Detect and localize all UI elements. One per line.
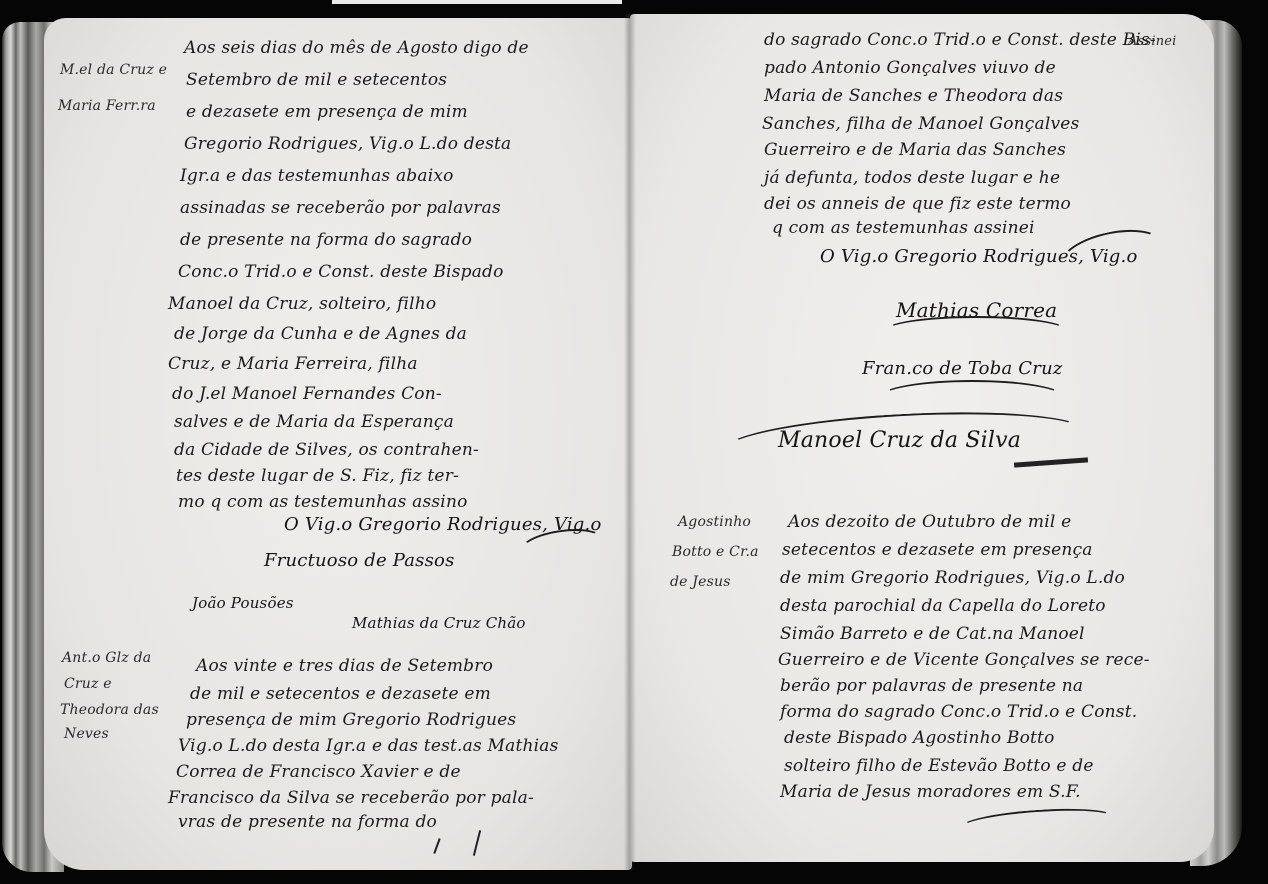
text-line: de mim Gregorio Rodrigues, Vig.o L.do: [780, 568, 1125, 588]
text-line: do J.el Manoel Fernandes Con-: [172, 384, 442, 404]
text-line: Aos seis dias do mês de Agosto digo de: [184, 38, 529, 58]
text-line: pado Antonio Gonçalves viuvo de: [764, 58, 1056, 78]
signature: Fructuoso de Passos: [264, 550, 455, 571]
text-line: berão por palavras de presente na: [780, 676, 1083, 696]
text-line: Guerreiro e de Vicente Gonçalves se rece…: [778, 650, 1150, 670]
text-line: Conc.o Trid.o e Const. deste Bispado: [178, 262, 504, 282]
margin-note: Maria Ferr.ra: [58, 98, 156, 114]
margin-note: Ant.o Glz da: [62, 650, 151, 666]
margin-note: Cruz e: [64, 676, 112, 692]
text-line: assinadas se receberão por palavras: [180, 198, 501, 218]
text-line: forma do sagrado Conc.o Trid.o e Const.: [780, 702, 1137, 722]
margin-note: Neves: [64, 726, 109, 742]
text-line: mo q com as testemunhas assino: [178, 492, 468, 512]
text-line: de presente na forma do sagrado: [180, 230, 472, 250]
text-line: dei os anneis de que fiz este termo: [764, 194, 1071, 214]
text-line: Simão Barreto e de Cat.na Manoel: [780, 624, 1085, 644]
text-line: presença de mim Gregorio Rodrigues: [186, 710, 516, 730]
text-line: já defunta, todos deste lugar e he: [764, 168, 1060, 188]
text-line: desta parochial da Capella do Loreto: [780, 596, 1106, 616]
text-line: deste Bispado Agostinho Botto: [784, 728, 1055, 748]
text-line: Igr.a e das testemunhas abaixo: [180, 166, 454, 186]
text-line: Maria de Jesus moradores em S.F.: [780, 782, 1081, 802]
text-line: solteiro filho de Estevão Botto e de: [784, 756, 1094, 776]
text-line: Cruz, e Maria Ferreira, filha: [168, 354, 418, 374]
margin-note: Theodora das: [60, 702, 159, 718]
signature-flourish: [884, 316, 1068, 346]
text-line: vras de presente na forma do: [178, 812, 437, 832]
margin-note: M.el da Cruz e: [60, 62, 167, 78]
top-light-strip: [332, 0, 622, 4]
text-line: tes deste lugar de S. Fiz, fiz ter-: [176, 466, 459, 486]
text-line: Setembro de mil e setecentos: [186, 70, 447, 90]
text-line: de mil e setecentos e dezasete em: [190, 684, 491, 704]
text-line: do sagrado Conc.o Trid.o e Const. deste …: [764, 30, 1156, 50]
text-line: setecentos e dezasete em presença: [782, 540, 1093, 560]
signature: Mathias da Cruz Chão: [352, 614, 526, 632]
text-line: Maria de Sanches e Theodora das: [764, 86, 1063, 106]
text-line: Francisco da Silva se receberão por pala…: [168, 788, 534, 808]
text-line: Gregorio Rodrigues, Vig.o L.do desta: [184, 134, 511, 154]
margin-note: de Jesus: [670, 574, 731, 590]
text-line: da Cidade de Silves, os contrahen-: [174, 440, 479, 460]
text-line: q com as testemunhas assinei: [772, 218, 1035, 238]
text-line: e dezasete em presença de mim: [186, 102, 468, 122]
text-line: Correa de Francisco Xavier e de: [176, 762, 461, 782]
signature-flourish: [880, 380, 1064, 414]
text-line: Aos dezoito de Outubro de mil e: [788, 512, 1071, 532]
text-line: Guerreiro e de Maria das Sanches: [764, 140, 1066, 160]
book-gutter: [624, 14, 636, 870]
text-line: Sanches, filha de Manoel Gonçalves: [762, 114, 1079, 134]
signature: João Pousões: [192, 594, 294, 612]
text-line: Manoel da Cruz, solteiro, filho: [168, 294, 436, 314]
signature: Fran.co de Toba Cruz: [862, 358, 1063, 379]
text-line: Aos vinte e tres dias de Setembro: [196, 656, 493, 676]
margin-note: Botto e Cr.a: [672, 544, 759, 560]
text-line: de Jorge da Cunha e de Agnes da: [174, 324, 467, 344]
text-line: Vig.o L.do desta Igr.a e das test.as Mat…: [178, 736, 559, 756]
text-line: salves e de Maria da Esperança: [174, 412, 454, 432]
margin-note: Agostinho: [678, 514, 751, 530]
